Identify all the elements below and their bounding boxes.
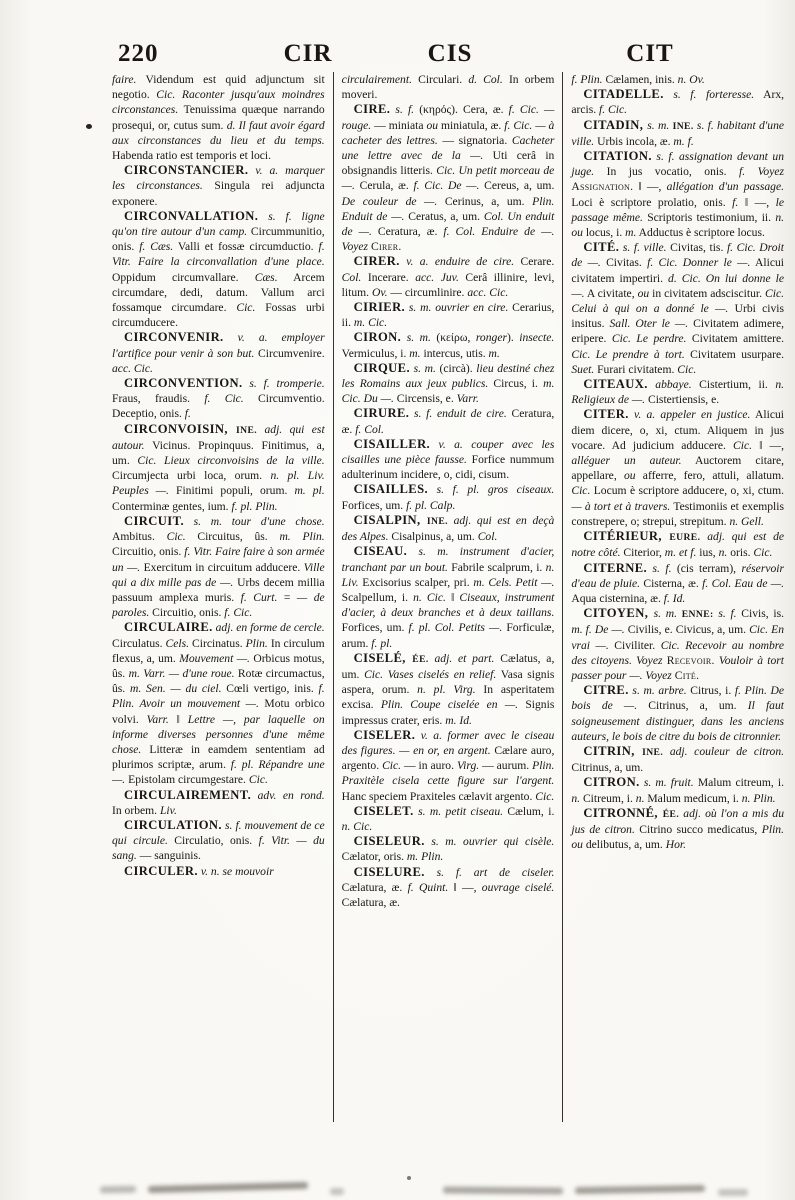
text-run: Vermiculus, i.	[342, 347, 410, 360]
text-run: Fraus, fraudis.	[112, 392, 204, 405]
text-run: Ceratus, a, um.	[404, 210, 483, 223]
text-run: Cistertiensis, e.	[645, 393, 719, 406]
dictionary-entry-paragraph: CIRCULAIREMENT. adv. en rond. In orbem. …	[112, 788, 325, 818]
text-run: Cic.	[677, 363, 696, 376]
bleed-through-smudge	[575, 1185, 705, 1194]
text-run: f. pl. Plin.	[231, 500, 277, 513]
entry-headword: CITADELLE.	[583, 87, 663, 101]
dictionary-entry-paragraph: CITOYEN, s. m. ENNE: s. f. Civis, is. m.…	[571, 606, 784, 683]
text-run: — à tort et à travers.	[571, 500, 670, 513]
entry-headword: CIRURE.	[354, 406, 410, 420]
bleed-through-smudge	[100, 1186, 136, 1194]
text-run: s. f. tromperie.	[243, 377, 325, 390]
text-run: — sanguinis.	[137, 849, 201, 862]
text-run: f. Cic.	[224, 606, 252, 619]
text-run: f. Col.	[355, 423, 384, 436]
text-run: ÉE.	[663, 809, 679, 820]
text-run: Varr.	[457, 392, 479, 405]
text-run: miniatula, æ.	[438, 119, 504, 132]
text-run: adv. en rond.	[251, 789, 325, 802]
text-run: Cirer.	[371, 240, 402, 253]
text-run: f. Cic.	[204, 392, 243, 405]
text-run: Cerare.	[514, 255, 554, 268]
text-run: Col.	[342, 271, 362, 284]
text-run: Loci è scriptore prolatio, onis.	[571, 196, 732, 209]
text-run: Citerior,	[621, 546, 665, 559]
text-run: — miniata	[371, 119, 426, 132]
entry-headword: CITER.	[583, 407, 628, 421]
entry-headword: CITATION.	[583, 149, 652, 163]
entry-headword: CIRON.	[354, 330, 402, 344]
entry-headword: CIRCULAIREMENT.	[124, 788, 251, 802]
text-run: Cic. Lieux circonvoisins de la ville.	[137, 454, 324, 467]
dictionary-entry-paragraph: CITRON. s. m. fruit. Malum citreum, i. n…	[571, 775, 784, 805]
text-run: Cælatura, æ.	[342, 896, 400, 909]
text-run: f. Cic. Donner le —.	[647, 256, 750, 269]
text-run: Cerula, æ.	[355, 179, 414, 192]
text-run: Col.	[478, 530, 498, 543]
text-run: In orbem.	[112, 804, 160, 817]
text-run: s. m. ouvrier qui cisèle.	[425, 835, 555, 848]
text-run: Cic.	[571, 484, 590, 497]
text-run: Locum è scriptore adducere, o, xi, ctum.	[590, 484, 784, 497]
text-run: f. pl. Calp.	[406, 499, 455, 512]
text-run: ‖ —,	[633, 180, 666, 193]
text-run: Cité.	[675, 669, 700, 682]
dictionary-entry-paragraph: CISAILLES. s. f. pl. gros ciseaux. Forfi…	[342, 482, 555, 512]
dictionary-entry-paragraph: faire. Videndum est quid adjunctum sit n…	[112, 72, 325, 163]
text-run: f. Quint.	[408, 881, 449, 894]
text-run: ‖	[446, 591, 459, 604]
text-run: Assignation.	[571, 180, 633, 193]
text-run: Valli et fossæ circumductio.	[173, 240, 318, 253]
column-2: circulairement. Circulari. d. Col. In or…	[333, 72, 563, 1122]
dictionary-entry-paragraph: CISAILLER. v. a. couper avec les cisaill…	[342, 437, 555, 483]
bleed-through-smudge	[148, 1182, 308, 1193]
text-run: alléguer un auteur.	[571, 454, 681, 467]
entry-headword: CITÉRIEUR,	[583, 529, 669, 543]
dictionary-entry-paragraph: CIRCONVENIR. v. a. employer l'artifice p…	[112, 330, 325, 376]
text-run: Cælatura, æ.	[342, 881, 408, 894]
text-run: (κείρω,	[431, 331, 476, 344]
text-run: Civitatem usurpare.	[685, 348, 784, 361]
entry-headword: CISELÉ,	[354, 651, 413, 665]
text-run: s. f.	[714, 607, 737, 620]
guide-word-cis: CIS	[428, 40, 473, 68]
text-run: intercus, utis.	[421, 347, 489, 360]
text-run: afferre, fero, attuli, allatum.	[636, 469, 784, 482]
text-run: Epistolam circumgestare.	[125, 773, 249, 786]
text-run: n. Plin.	[742, 792, 776, 805]
text-run: ).	[507, 331, 519, 344]
text-run: Cic.	[249, 773, 268, 786]
entry-headword: CITOYEN,	[583, 606, 653, 620]
text-run: — in auro.	[401, 759, 457, 772]
dictionary-entry-paragraph: CITRIN, INE. adj. couleur de citron. Cit…	[571, 744, 784, 775]
entry-headword: CIRIER.	[354, 300, 405, 314]
entry-headword: CIRE.	[354, 102, 391, 116]
guide-word-cit: CIT	[626, 40, 673, 68]
text-run: Circuitus, ûs.	[186, 530, 280, 543]
text-run: Citreum, i.	[580, 792, 636, 805]
dictionary-entry-paragraph: CISELÉ, ÉE. adj. et part. Cælatus, a, um…	[342, 651, 555, 728]
text-run: Recevoir.	[667, 654, 715, 667]
text-run: f. pl. Col. Petits —.	[409, 621, 503, 634]
text-run: f. Curt.	[241, 591, 278, 604]
text-run: m. Cels. Petit —.	[473, 576, 554, 589]
text-run: m. pl.	[294, 484, 324, 497]
text-run: Ambitus.	[112, 530, 167, 543]
text-run: f. Cic. De —.	[413, 179, 479, 192]
text-run: s. m. petit ciseau.	[414, 805, 503, 818]
text-run: Virg.	[457, 759, 479, 772]
text-run: INE.	[642, 747, 663, 758]
text-run: Ov.	[372, 286, 388, 299]
text-run: s. m.	[401, 331, 431, 344]
text-run: Cic. Vases ciselés en relief.	[364, 668, 496, 681]
text-run: n.	[719, 546, 728, 559]
text-run: ronger	[476, 331, 507, 344]
text-run: EURE.	[669, 532, 700, 543]
dictionary-entry-paragraph: CISELET. s. m. petit ciseau. Cælum, i. n…	[342, 804, 555, 834]
entry-headword: CISELER.	[354, 728, 416, 742]
entry-headword: CIRQUE.	[354, 361, 410, 375]
text-run: s. f.	[647, 562, 671, 575]
ink-speck	[86, 124, 92, 129]
text-run: v. a. enduire de cire.	[400, 255, 514, 268]
entry-headword: CIRCONSTANCIER.	[124, 163, 248, 177]
dictionary-entry-paragraph: CIRIER. s. m. ouvrier en cire. Cerarius,…	[342, 300, 555, 330]
entry-headword: CIRCONVENTION.	[124, 376, 243, 390]
text-columns: faire. Videndum est quid adjunctum sit n…	[112, 72, 784, 1122]
entry-headword: CIRCULATION.	[124, 818, 222, 832]
text-run: m. f.	[673, 135, 693, 148]
text-run: m. Sen. — du ciel.	[130, 682, 222, 695]
bleed-through-smudge	[330, 1188, 344, 1195]
text-run: Malum citreum, i.	[694, 776, 784, 789]
text-run: Cælum, i.	[503, 805, 554, 818]
text-run: Furari civitatem.	[594, 363, 677, 376]
dictionary-entry-paragraph: CIRURE. s. f. enduit de cire. Ceratura, …	[342, 406, 555, 436]
text-run: Cælamen, inis.	[603, 73, 678, 86]
dictionary-entry-paragraph: CITRE. s. m. arbre. Citrus, i. f. Plin. …	[571, 683, 784, 744]
text-run: adj. couleur de citron.	[663, 745, 784, 758]
text-run: adj. en forme de cercle.	[213, 621, 325, 634]
text-run: f. Col. Eau de —.	[702, 577, 784, 590]
text-run: De couleur de —.	[342, 195, 438, 208]
text-run: Civitatem amittere.	[686, 332, 784, 345]
entry-headword: CIRCULER.	[124, 864, 198, 878]
text-run: f. Id.	[664, 592, 686, 605]
text-run: — aurum.	[479, 759, 532, 772]
dictionary-entry-paragraph: CIRON. s. m. (κείρω, ronger). insecte. V…	[342, 330, 555, 360]
text-run: Adductus è scriptore locus.	[636, 226, 764, 239]
text-run: delibutus, a, um.	[583, 838, 666, 851]
text-run: s. m. arbre.	[629, 684, 687, 697]
text-run: Cic.	[753, 546, 772, 559]
ink-speck	[407, 1176, 411, 1180]
text-run: adj. et part.	[429, 652, 495, 665]
entry-headword: CISALPIN,	[354, 513, 427, 527]
entry-headword: CITERNE.	[583, 561, 647, 575]
text-run: Hanc speciem Praxiteles cælavit argento.	[342, 790, 536, 803]
dictionary-entry-paragraph: CIRCULER. v. n. se mouvoir	[112, 864, 325, 879]
text-run: in civitatem adsciscitur.	[649, 287, 765, 300]
text-run: f. pl.	[371, 637, 392, 650]
entry-headword: CIRCULAIRE.	[124, 620, 213, 634]
text-run: Aqua cisternina, æ.	[571, 592, 663, 605]
text-run: Circulatus.	[112, 637, 166, 650]
text-run: s. m. tour d'une chose.	[184, 515, 325, 528]
text-run: insecte.	[519, 331, 554, 344]
text-run: Cels.	[166, 637, 190, 650]
dictionary-entry-paragraph: CIRCULATION. s. f. mouvement de ce qui c…	[112, 818, 325, 864]
text-run: =	[277, 591, 297, 604]
entry-headword: CIRER.	[354, 254, 400, 268]
text-run: n. pl. Virg.	[417, 683, 475, 696]
text-run: Circumjecta urbi loca, orum.	[112, 469, 270, 482]
dictionary-entry-paragraph: CISALPIN, INE. adj. qui est en deçà des …	[342, 513, 555, 544]
text-run: s. m. fruit.	[640, 776, 694, 789]
dictionary-entry-paragraph: CITEAUX. abbaye. Cistertium, ii. n. Reli…	[571, 377, 784, 407]
text-run: m. Cic.	[354, 316, 387, 329]
text-run: (κηρός). Cera, æ.	[414, 103, 509, 116]
text-run: Liv.	[160, 804, 177, 817]
text-run: n. Ov.	[678, 73, 705, 86]
text-run: Habenda ratio est temporis et loci.	[112, 149, 271, 162]
text-run: m.	[489, 347, 500, 360]
text-run: Sall. Oter le —.	[609, 317, 688, 330]
dictionary-entry-paragraph: CISELURE. s. f. art de ciseler. Cælatura…	[342, 865, 555, 911]
text-run: Citrinus, a, um.	[571, 761, 643, 774]
entry-headword: CIRCONVOISIN,	[124, 422, 236, 436]
text-run: n. Cic.	[342, 820, 373, 833]
text-run: ou	[426, 119, 438, 132]
text-run: INE.	[236, 425, 257, 436]
guide-word-cir: CIR	[284, 40, 333, 68]
dictionary-entry-paragraph: CIRCONVALLATION. s. f. ligne qu'on tire …	[112, 209, 325, 331]
text-run: Circuitio, onis.	[112, 545, 184, 558]
text-run: Fabrile scalprum, i.	[448, 561, 546, 574]
text-run: ouvrage ciselé.	[482, 881, 555, 894]
text-run: ou	[638, 287, 650, 300]
dictionary-entry-paragraph: CITADELLE. s. f. forteresse. Arx, arcis.…	[571, 87, 784, 117]
text-run: s. f. forteresse.	[664, 88, 754, 101]
text-run: m. f. De —.	[571, 623, 624, 636]
text-run: Circensis, e.	[394, 392, 457, 405]
entry-headword: CIRCUIT.	[124, 514, 184, 528]
text-run: Citrino succo medicatus,	[635, 823, 762, 836]
text-run: Cic. Le prendre à tort.	[571, 348, 684, 361]
text-run: s. m.	[654, 607, 682, 620]
text-run: abbaye.	[648, 378, 692, 391]
text-run: Circulari.	[412, 73, 468, 86]
entry-headword: CITRIN,	[583, 744, 642, 758]
text-run: m.	[409, 347, 420, 360]
text-run: s. m. ouvrier en cire.	[405, 301, 508, 314]
dictionary-entry-paragraph: CIRE. s. f. (κηρός). Cera, æ. f. Cic. — …	[342, 102, 555, 254]
entry-headword: CISELURE.	[354, 865, 425, 879]
dictionary-entry-paragraph: CITERNE. s. f. (cis terram), réservoir d…	[571, 561, 784, 607]
text-run: n.	[571, 792, 580, 805]
text-run: allégation d'un passage.	[667, 180, 784, 193]
text-run: Suet.	[571, 363, 594, 376]
text-run: (cis terram),	[671, 562, 741, 575]
text-run: Citrinus, a, um.	[637, 699, 748, 712]
text-run: Incerare.	[361, 271, 415, 284]
entry-headword: CITRE.	[583, 683, 628, 697]
text-run: acc. Cic.	[467, 286, 508, 299]
dictionary-entry-paragraph: CISEAU. s. m. instrument d'acier, tranch…	[342, 544, 555, 650]
dictionary-entry-paragraph: CIRCONSTANCIER. v. a. marquer les circon…	[112, 163, 325, 209]
text-run: Conterminæ gentes, ium.	[112, 500, 231, 513]
text-run: Civilis, e. Civicus, a, um.	[625, 623, 749, 636]
text-run: Cælator, oris.	[342, 850, 407, 863]
column-3: f. Plin. Cælamen, inis. n. Ov.CITADELLE.…	[562, 72, 784, 1122]
text-run: s. f. art de ciseler.	[425, 866, 555, 879]
text-run: Cæs.	[255, 271, 278, 284]
entry-headword: CIRCONVENIR.	[124, 330, 224, 344]
text-run: m. et f.	[665, 546, 697, 559]
text-run: Cic.	[236, 301, 255, 314]
bleed-through-smudge	[718, 1189, 748, 1196]
entry-headword: CISELEUR.	[354, 834, 425, 848]
text-run: Cereus, a, um.	[479, 179, 554, 192]
text-run: Forfices, um.	[342, 621, 409, 634]
text-run: In jus vocatio, onis.	[594, 165, 739, 178]
text-run: faire.	[112, 73, 136, 86]
text-run: ÉE.	[412, 654, 428, 665]
text-run: INE.	[427, 516, 448, 527]
text-run: ENNE:	[682, 609, 714, 620]
text-run: acc. Cic.	[112, 362, 153, 375]
text-run: Plin.	[246, 637, 268, 650]
text-run: — signatoria.	[438, 134, 512, 147]
text-run: Malum medicum, i.	[644, 792, 741, 805]
text-run: Civiliter.	[609, 639, 661, 652]
text-run: n. Gell.	[729, 515, 763, 528]
entry-headword: CIRCONVALLATION.	[124, 209, 258, 223]
dictionary-entry-paragraph: CITÉRIEUR, EURE. adj. qui est de notre c…	[571, 529, 784, 560]
entry-headword: CISEAU.	[354, 544, 408, 558]
text-run: Cic.	[733, 439, 752, 452]
page-number: 220	[118, 40, 159, 68]
text-run: Cic.	[382, 759, 401, 772]
text-run: INE.	[673, 121, 694, 132]
text-run: s. m.	[410, 362, 436, 375]
text-run: f. Cæs.	[139, 240, 173, 253]
text-run: ‖ —,	[738, 196, 775, 209]
text-run: f. Cic.	[599, 103, 627, 116]
text-run: f. Voyez	[739, 165, 784, 178]
text-run: Plin. Coupe ciselée en —.	[381, 698, 518, 711]
text-run: (circà).	[436, 362, 476, 375]
text-run: ius,	[696, 546, 718, 559]
text-run: Forfices, um.	[342, 499, 406, 512]
text-run: Civis, is.	[737, 607, 784, 620]
entry-headword: CISELET.	[354, 804, 414, 818]
text-run: Circuitio, onis.	[149, 606, 224, 619]
text-run: ‖ —,	[448, 881, 482, 894]
text-run: ou	[624, 469, 636, 482]
dictionary-entry-paragraph: CITATION. s. f. assignation devant un ju…	[571, 149, 784, 240]
text-run: v. a. appeler en justice.	[629, 408, 751, 421]
text-run: Exercitum in circuitum adducere.	[140, 561, 303, 574]
text-run: circulairement.	[342, 73, 412, 86]
dictionary-entry-paragraph: CITRONNÉ, ÉE. adj. où l'on a mis du jus …	[571, 806, 784, 853]
text-run: s. f.	[390, 103, 414, 116]
text-run: m. Plin.	[407, 850, 443, 863]
dictionary-entry-paragraph: CIRQUE. s. m. (circà). lieu destiné chez…	[342, 361, 555, 407]
entry-headword: CITEAUX.	[583, 377, 647, 391]
dictionary-entry-paragraph: CITÉ. s. f. ville. Civitas, tis. f. Cic.…	[571, 240, 784, 377]
dictionary-page: 220 CIR CIS CIT faire. Videndum est quid…	[0, 0, 795, 1200]
text-run: Cisterna, æ.	[640, 577, 702, 590]
text-run: d. Col.	[468, 73, 502, 86]
text-run: m. Varr. — d'une roue.	[129, 667, 235, 680]
dictionary-entry-paragraph: f. Plin. Cælamen, inis. n. Ov.	[571, 72, 784, 87]
dictionary-entry-paragraph: CIRER. v. a. enduire de cire. Cerare. Co…	[342, 254, 555, 300]
text-run: A civitate,	[585, 287, 638, 300]
dictionary-entry-paragraph: CIRCUIT. s. m. tour d'une chose. Ambitus…	[112, 514, 325, 620]
text-run: Finitimi populi, orum.	[169, 484, 294, 497]
text-run: m. Id.	[445, 714, 472, 727]
text-run: Scalpellum, i.	[342, 591, 413, 604]
text-run: f.	[185, 407, 191, 420]
text-run: Excisorius scalper, pri.	[359, 576, 474, 589]
entry-headword: CITADIN,	[583, 118, 647, 132]
text-run: — circumlinire.	[388, 286, 468, 299]
dictionary-entry-paragraph: CIRCULAIRE. adj. en forme de cercle. Cir…	[112, 620, 325, 787]
text-run: Mouvement —.	[179, 652, 250, 665]
entry-headword: CITRON.	[583, 775, 639, 789]
text-run: Civitas, tis.	[667, 241, 727, 254]
text-run: Oppidum circumvallare.	[112, 271, 255, 284]
column-1: faire. Videndum est quid adjunctum sit n…	[112, 72, 333, 1122]
entry-headword: CISAILLES.	[354, 482, 428, 496]
text-run: Urbis incola, æ.	[594, 135, 673, 148]
dictionary-entry-paragraph: circulairement. Circulari. d. Col. In or…	[342, 72, 555, 102]
text-run: Cisalpinus, a, um.	[388, 530, 477, 543]
text-run: oris.	[727, 546, 753, 559]
text-run: Cerinus, a, um.	[437, 195, 532, 208]
text-run: Civitas.	[601, 256, 647, 269]
text-run: s. m.	[647, 119, 672, 132]
text-run: Citrus, i.	[687, 684, 735, 697]
text-run: m. Plin.	[279, 530, 324, 543]
text-run: ‖	[169, 713, 188, 726]
dictionary-entry-paragraph: CIRCONVOISIN, INE. adj. qui est autour. …	[112, 422, 325, 514]
text-run: locus, i.	[583, 226, 625, 239]
text-run: Circinatus.	[189, 637, 246, 650]
text-run: Circulatio, onis.	[168, 834, 259, 847]
text-run: ‖ —,	[752, 439, 784, 452]
text-run: Cic.	[167, 530, 186, 543]
text-run: Cic.	[535, 790, 554, 803]
text-run: acc. Juv.	[415, 271, 459, 284]
text-run: Hor.	[666, 838, 686, 851]
text-run: Circumvenire.	[254, 347, 324, 360]
text-run: s. f. enduit de cire.	[409, 407, 507, 420]
text-run: f. Plin.	[571, 73, 602, 86]
text-run: Cistertium, ii.	[692, 378, 776, 391]
text-run: Cic. Le perdre.	[612, 332, 687, 345]
text-run: n. Cic.	[413, 591, 446, 604]
text-run: m.	[625, 226, 636, 239]
entry-headword: CITRONNÉ,	[583, 806, 662, 820]
text-run: Ceratura, æ.	[372, 225, 444, 238]
dictionary-entry-paragraph: CIRCONVENTION. s. f. tromperie. Fraus, f…	[112, 376, 325, 422]
